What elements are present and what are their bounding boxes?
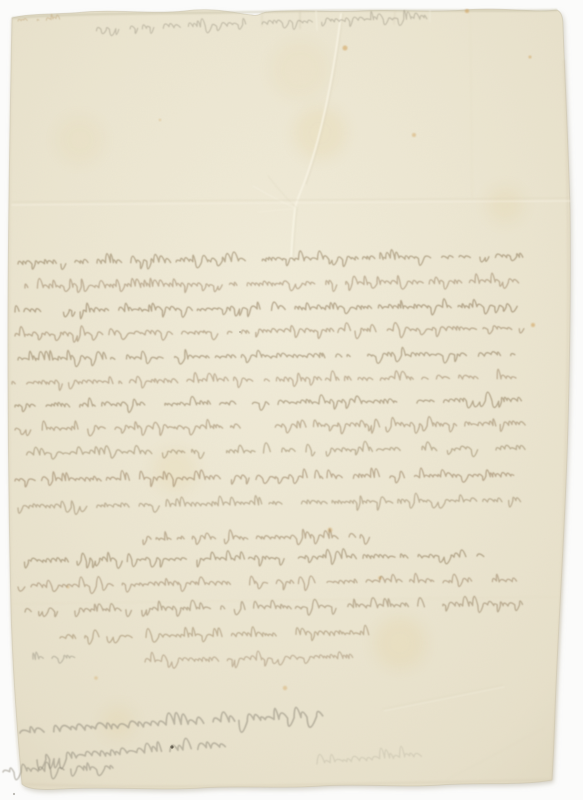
paper-stain <box>487 187 523 223</box>
letter-scan <box>0 0 583 800</box>
fold-crease <box>316 11 317 30</box>
foxing-spot <box>159 119 161 121</box>
paper-stain <box>56 116 104 164</box>
foxing-spot <box>283 686 287 690</box>
dust-speck <box>239 331 241 333</box>
foxing-spot <box>531 323 535 327</box>
scan-background <box>0 0 583 800</box>
foxing-spot <box>529 56 532 59</box>
foxing-spot <box>412 133 416 137</box>
paper-stain <box>270 40 330 100</box>
foxing-spot <box>343 46 348 51</box>
paper-stain <box>374 617 426 669</box>
paper-stain <box>102 706 134 738</box>
foxing-spot <box>465 9 469 13</box>
foxing-spot <box>94 676 98 680</box>
dust-speck <box>13 793 15 795</box>
